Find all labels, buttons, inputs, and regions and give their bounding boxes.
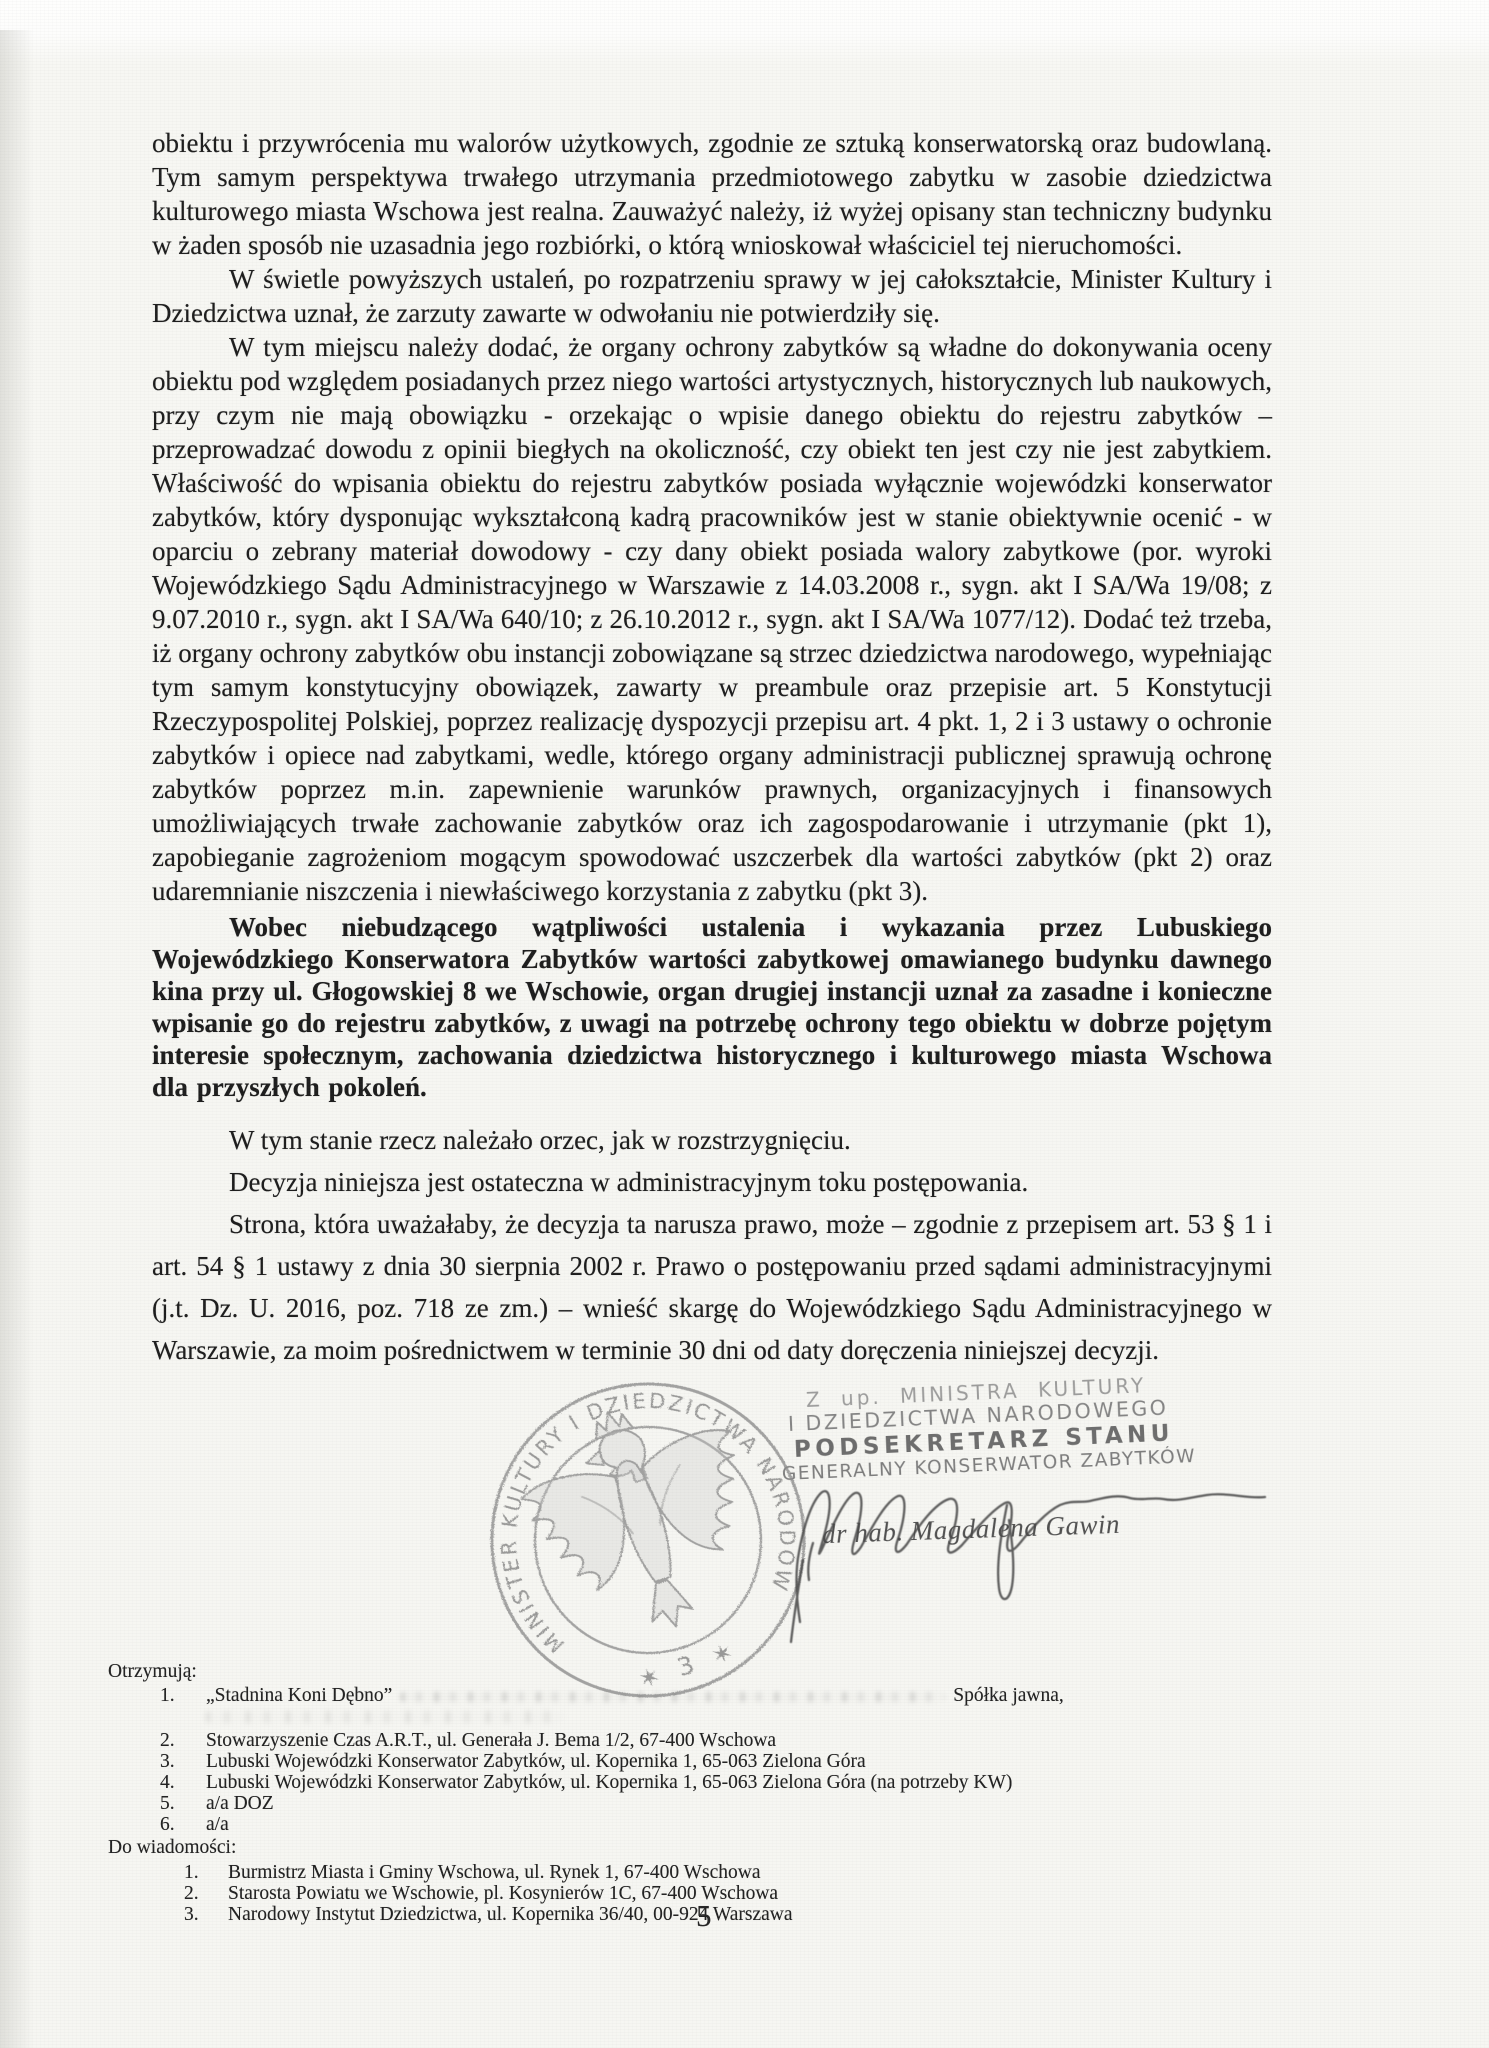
item-number: 2.: [160, 1731, 206, 1750]
scan-edge-shadow: [0, 30, 34, 2048]
recipient-name: „Stadnina Koni Dębno”: [206, 1685, 392, 1706]
recipient-row: 4. Lubuski Wojewódzki Konserwator Zabytk…: [108, 1773, 1408, 1792]
paragraph: Decyzja niniejsza jest ostateczna w admi…: [152, 1161, 1272, 1203]
cc-row: 2. Starosta Powiatu we Wschowie, pl. Kos…: [108, 1884, 1408, 1903]
paragraph: obiektu i przywrócenia mu walorów użytko…: [152, 126, 1272, 262]
recipient-text: Stowarzyszenie Czas A.R.T., ul. Generała…: [206, 1731, 776, 1750]
paragraph: W świetle powyższych ustaleń, po rozpatr…: [152, 262, 1272, 330]
redacted-line: [206, 1711, 566, 1723]
scanned-decision-page: obiektu i przywrócenia mu walorów użytko…: [0, 0, 1489, 2048]
item-number: 4.: [160, 1773, 206, 1792]
cc-text: Burmistrz Miasta i Gminy Wschowa, ul. Ry…: [228, 1863, 761, 1882]
recipient-text: Lubuski Wojewódzki Konserwator Zabytków,…: [206, 1773, 1012, 1792]
paragraph: W tym stanie rzecz należało orzec, jak w…: [152, 1119, 1272, 1161]
recipient-row: 3. Lubuski Wojewódzki Konserwator Zabytk…: [108, 1752, 1408, 1771]
recipient-row: 2. Stowarzyszenie Czas A.R.T., ul. Gener…: [108, 1731, 1408, 1750]
bold-paragraph: Wobec niebudzącego wątpliwości ustalenia…: [152, 911, 1272, 1103]
signer-name: dr hab. Magdalena Gawin: [822, 1509, 1121, 1550]
distribution-section: Otrzymują: 1. „Stadnina Koni Dębno”Spółk…: [108, 1662, 1408, 1926]
item-number: 5.: [160, 1794, 206, 1813]
recipient-text: a/a: [206, 1815, 229, 1834]
recipient-suffix: Spółka jawna,: [953, 1685, 1063, 1706]
stamp-line-title: PODSEKRETARZ STANU: [793, 1420, 1174, 1463]
item-number: 1.: [184, 1863, 228, 1882]
recipient-text: a/a DOZ: [206, 1794, 274, 1813]
recipient-row: 6. a/a: [108, 1815, 1408, 1834]
cc-row: 1. Burmistrz Miasta i Gminy Wschowa, ul.…: [108, 1863, 1408, 1882]
item-number: 1.: [160, 1686, 206, 1705]
item-number: 6.: [160, 1815, 206, 1834]
item-number: 2.: [184, 1884, 228, 1903]
cc-heading: Do wiadomości:: [108, 1838, 1408, 1857]
paragraph: Strona, która uważałaby, że decyzja ta n…: [152, 1203, 1272, 1371]
page-number: 5: [696, 1898, 712, 1934]
recipient-row: 5. a/a DOZ: [108, 1794, 1408, 1813]
item-number: 3.: [160, 1752, 206, 1771]
recipient-row: 1. „Stadnina Koni Dębno”Spółka jawna,: [108, 1686, 1408, 1705]
recipient-text: Lubuski Wojewódzki Konserwator Zabytków,…: [206, 1752, 866, 1771]
recipients-heading: Otrzymują:: [108, 1662, 1408, 1681]
paragraph: W tym miejscu należy dodać, że organy oc…: [152, 330, 1272, 908]
eagle-icon: [504, 1378, 783, 1660]
decision-body: obiektu i przywrócenia mu walorów użytko…: [152, 126, 1272, 1371]
stamp-line-authority: Z up. MINISTRA KULTURY: [805, 1373, 1146, 1412]
redacted-text: [400, 1692, 945, 1702]
stamp-line-ministry: I DZIEDZICTWA NARODOWEGO: [787, 1395, 1168, 1436]
recipient-text: „Stadnina Koni Dębno”Spółka jawna,: [206, 1686, 1064, 1705]
item-number: 3.: [184, 1905, 228, 1924]
stamp-line-role: GENERALNY KONSERWATOR ZABYTKÓW: [782, 1446, 1197, 1485]
cc-row: 3. Narodowy Instytut Dziedzictwa, ul. Ko…: [108, 1905, 1408, 1924]
